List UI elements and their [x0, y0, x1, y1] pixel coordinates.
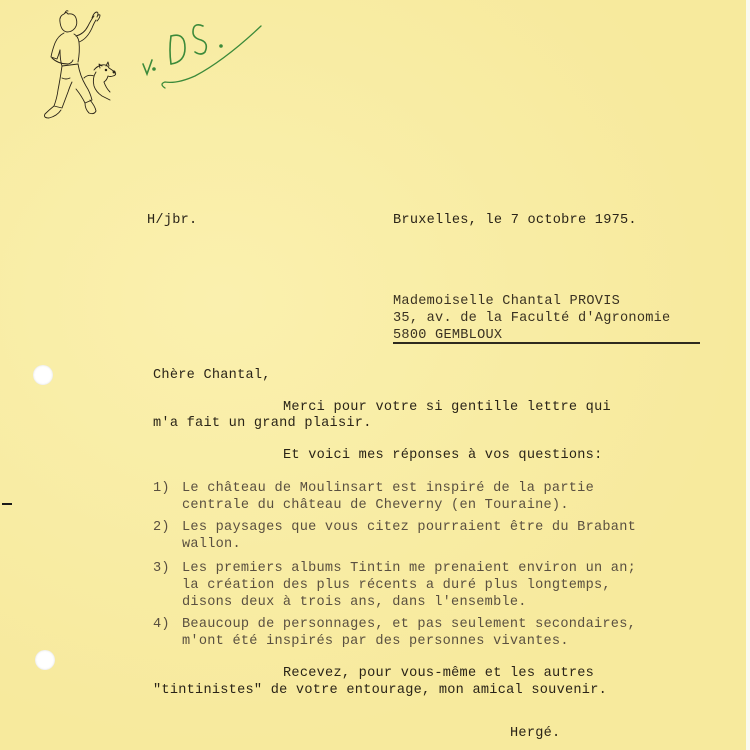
- answer-number: 3): [153, 560, 170, 578]
- recipient-name: Mademoiselle Chantal PROVIS: [393, 293, 620, 311]
- answer-line: Les paysages que vous citez pourraient ê…: [182, 519, 636, 537]
- answer-number: 2): [153, 519, 170, 537]
- answer-line: wallon.: [182, 536, 241, 554]
- closing-line-2: "tintinistes" de votre entourage, mon am…: [153, 682, 607, 700]
- signature: Hergé.: [510, 725, 560, 743]
- answer-line: m'ont été inspirés par des personnes viv…: [182, 633, 569, 651]
- lead-in: Et voici mes réponses à vos questions:: [283, 447, 603, 465]
- address-underline: [393, 342, 700, 344]
- fold-mark: [2, 503, 12, 505]
- letter-page: H/jbr. Bruxelles, le 7 octobre 1975. Mad…: [0, 0, 746, 750]
- answer-line: la création des plus récents a duré plus…: [182, 577, 611, 595]
- closing-line-1: Recevez, pour vous-même et les autres: [283, 665, 594, 683]
- answer-line: Beaucoup de personnages, et pas seulemen…: [182, 616, 636, 634]
- answer-number: 1): [153, 480, 170, 498]
- handwritten-note: [135, 12, 270, 97]
- recipient-street: 35, av. de la Faculté d'Agronomie: [393, 310, 670, 328]
- salutation: Chère Chantal,: [153, 367, 271, 385]
- tintin-drawing-icon: [36, 8, 122, 136]
- punch-hole-top: [33, 365, 53, 385]
- punch-hole-bottom: [35, 650, 55, 670]
- answer-line: Le château de Moulinsart est inspiré de …: [182, 480, 594, 498]
- answer-line: centrale du château de Cheverny (en Tour…: [182, 497, 569, 515]
- place-date: Bruxelles, le 7 octobre 1975.: [393, 212, 637, 230]
- intro-line-2: m'a fait un grand plaisir.: [153, 415, 372, 433]
- answer-number: 4): [153, 616, 170, 634]
- reference-code: H/jbr.: [147, 212, 197, 230]
- answer-line: Les premiers albums Tintin me prenaient …: [182, 560, 636, 578]
- answer-line: disons deux à trois ans, dans l'ensemble…: [182, 594, 527, 612]
